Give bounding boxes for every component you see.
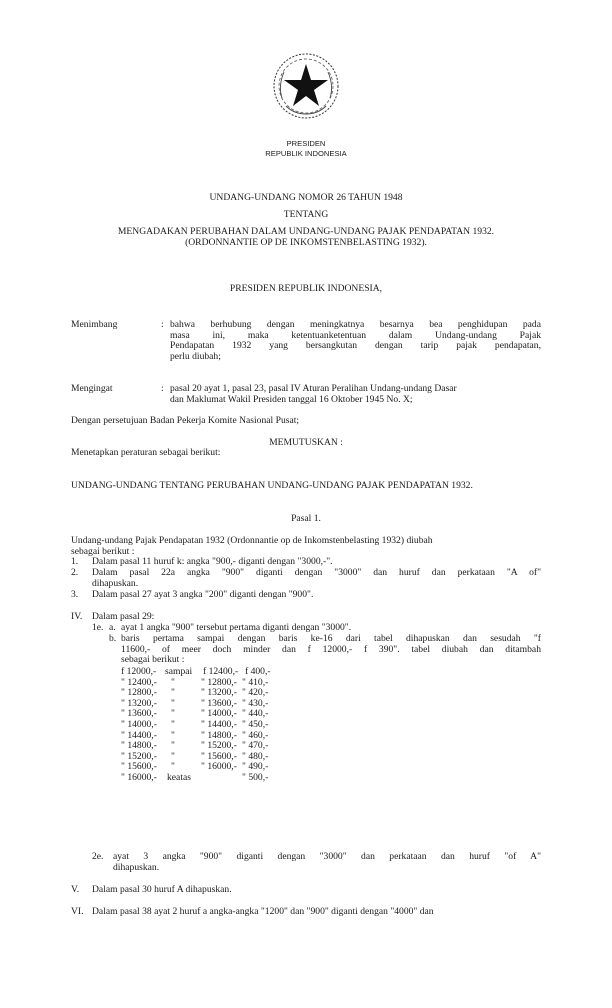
menimbang-colon: : — [161, 320, 164, 331]
tariff-table-cell: sampai — [165, 667, 192, 678]
tariff-table-cell: keatas — [167, 773, 191, 784]
iv-sub-1b: b. baris pertama sampai dengan baris ke-… — [109, 634, 541, 666]
tariff-table-cell: f 12400,- — [203, 667, 238, 678]
title-subject: MENGADAKAN PERUBAHAN DALAM UNDANG-UNDANG… — [60, 227, 552, 238]
tariff-table-cell: " 16000,- — [201, 762, 237, 773]
tariff-table: f 12000,-sampaif 12400,-f 400,-" 12400,-… — [121, 667, 381, 784]
header-presiden: PRESIDEN — [206, 139, 406, 149]
pasal-1-intro: Undang-undang Pajak Pendapatan 1932 (Ord… — [71, 536, 541, 557]
tariff-table-row: " 16000,-keatas" 500,- — [121, 773, 381, 784]
tariff-table-cell: f 400,- — [245, 667, 271, 678]
mengingat-label: Mengingat — [71, 384, 161, 395]
menimbang-label: Menimbang — [71, 320, 161, 331]
tariff-table-row: f 12000,-sampaif 12400,-f 400,- — [121, 667, 381, 678]
tariff-table-cell: " — [171, 720, 175, 731]
title-tentang: TENTANG — [71, 210, 541, 221]
garuda-star-emblem-icon — [270, 50, 342, 122]
persetujuan-text: Dengan persetujuan Badan Pekerja Komite … — [71, 416, 541, 427]
title-subject-dutch: (ORDONNANTIE OP DE INKOMSTENBELASTING 19… — [71, 238, 541, 249]
tariff-table-cell: " 500,- — [242, 773, 268, 784]
pasal-1-item-2: 2. Dalam pasal 22a angka "900" diganti d… — [71, 568, 541, 589]
menetapkan-text: Menetapkan peraturan sebagai berikut: — [71, 448, 541, 459]
iv-sub-2e: 2e. ayat 3 angka "900" diganti dengan "3… — [92, 852, 541, 873]
pasal-1-heading: Pasal 1. — [71, 514, 541, 525]
law-title: UNDANG-UNDANG TENTANG PERUBAHAN UNDANG-U… — [71, 481, 541, 492]
tariff-table-cell: " 450,- — [242, 720, 268, 731]
law-number-title: UNDANG-UNDANG NOMOR 26 TAHUN 1948 — [71, 193, 541, 204]
mengingat-text: pasal 20 ayat 1, pasal 23, pasal IV Atur… — [170, 384, 541, 405]
tariff-table-cell: f 12000,- — [121, 667, 156, 678]
tariff-table-cell: " 14000,- — [121, 720, 157, 731]
menimbang-text: bahwa berhubung dengan meningkatnya besa… — [170, 320, 541, 362]
pasal-1-item-vi: VI. Dalam pasal 38 ayat 2 huruf a angka-… — [71, 907, 541, 918]
president-heading: PRESIDEN REPUBLIK INDONESIA, — [71, 284, 541, 295]
tariff-table-row: " 14000,-"" 14400,-" 450,- — [121, 720, 381, 731]
tariff-table-cell: " 14400,- — [201, 720, 237, 731]
mengingat-colon: : — [161, 384, 164, 395]
header-republik-indonesia: REPUBLIK INDONESIA — [206, 149, 406, 159]
tariff-table-cell: " 16000,- — [121, 773, 157, 784]
